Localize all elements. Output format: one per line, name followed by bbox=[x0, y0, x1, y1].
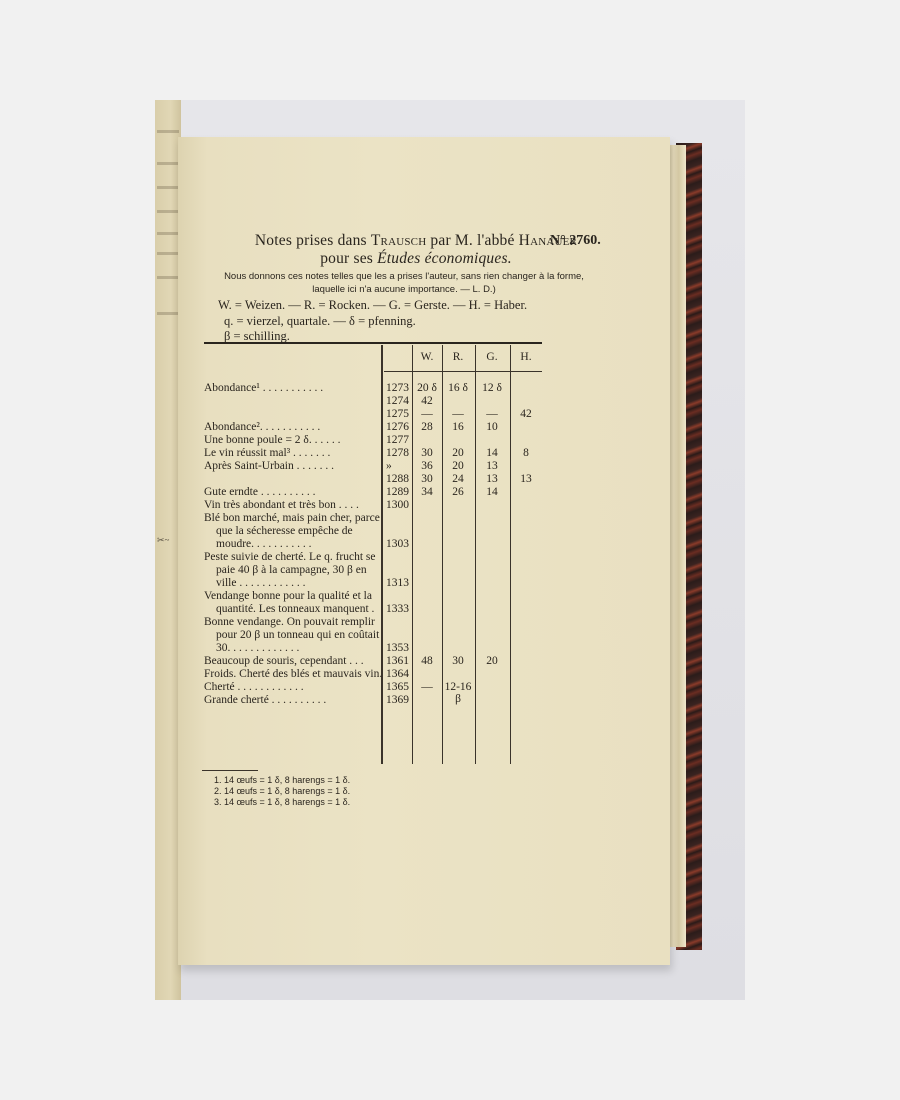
cell-R: — bbox=[441, 408, 475, 420]
cell-H: 13 bbox=[509, 473, 543, 485]
cell-R: 12-16 β bbox=[441, 681, 475, 705]
cell-G: 13 bbox=[475, 460, 509, 472]
footnote: 2. 14 œufs = 1 δ, 8 harengs = 1 δ. bbox=[214, 786, 350, 796]
row-description: Cherté . . . . . . . . . . . . bbox=[204, 681, 304, 694]
cell-R: 24 bbox=[441, 473, 475, 485]
column-header-2: G. bbox=[477, 351, 507, 363]
footnote-rule bbox=[202, 770, 258, 771]
row-description: Abondance². . . . . . . . . . . bbox=[204, 421, 320, 434]
cell-W: — bbox=[410, 408, 444, 420]
note-line: Nous donnons ces notes telles que les a … bbox=[204, 270, 604, 283]
facing-page-text bbox=[157, 162, 179, 165]
margin-mark: ✂~ bbox=[157, 535, 169, 546]
footnote: 1. 14 œufs = 1 δ, 8 harengs = 1 δ. bbox=[214, 775, 350, 785]
row-description: Blé bon marché, mais pain cher, parce bbox=[204, 512, 380, 525]
legend-line: W. = Weizen. — R. = Rocken. — G. = Gerst… bbox=[218, 298, 527, 314]
legend-line: q. = vierzel, quartale. — δ = pfenning. bbox=[218, 314, 527, 330]
cell-R: 30 bbox=[441, 655, 475, 667]
cell-W: 20 δ bbox=[410, 382, 444, 394]
title-text: Notes prises dans bbox=[255, 232, 371, 249]
row-year: 1333 bbox=[386, 603, 416, 615]
column-header-3: H. bbox=[511, 351, 541, 363]
row-description: Vendange bonne pour la qualité et la bbox=[204, 590, 372, 603]
cell-G: 12 δ bbox=[475, 382, 509, 394]
row-description: Beaucoup de souris, cependant . . . bbox=[204, 655, 364, 668]
column-rule bbox=[381, 345, 382, 764]
row-description: Bonne vendange. On pouvait remplir bbox=[204, 616, 375, 629]
facing-page-text bbox=[157, 210, 179, 213]
cell-R: 20 bbox=[441, 447, 475, 459]
cell-W: 30 bbox=[410, 447, 444, 459]
title-text: pour ses bbox=[320, 250, 377, 267]
facing-page-text bbox=[157, 312, 179, 315]
row-description: que la sécheresse empêche de bbox=[204, 525, 353, 538]
document-page: Notes prises dans Trausch par M. l'abbé … bbox=[178, 137, 670, 965]
cell-G: 20 bbox=[475, 655, 509, 667]
header-underline bbox=[384, 371, 542, 372]
title-text: par M. l'abbé bbox=[426, 232, 518, 249]
facing-page-text bbox=[157, 186, 179, 189]
cell-R: 20 bbox=[441, 460, 475, 472]
editorial-note: Nous donnons ces notes telles que les a … bbox=[204, 270, 604, 296]
abbreviation-legend: W. = Weizen. — R. = Rocken. — G. = Gerst… bbox=[218, 298, 527, 345]
header-rule bbox=[204, 342, 542, 344]
row-description: pour 20 β un tonneau qui en coûtait bbox=[204, 629, 379, 642]
cell-W: — bbox=[410, 681, 444, 693]
cell-W: 28 bbox=[410, 421, 444, 433]
cell-W: 42 bbox=[410, 395, 444, 407]
row-description: Après Saint-Urbain . . . . . . . bbox=[204, 460, 334, 473]
row-year: 1277 bbox=[386, 434, 416, 446]
cell-H: 8 bbox=[509, 447, 543, 459]
facing-page-text bbox=[157, 276, 179, 279]
cell-W: 30 bbox=[410, 473, 444, 485]
cell-G: 14 bbox=[475, 447, 509, 459]
document-number: N° 2760. bbox=[550, 233, 601, 249]
row-description: quantité. Les tonneaux manquent . bbox=[204, 603, 374, 616]
page-block-edge bbox=[668, 145, 686, 947]
row-description: Froids. Cherté des blés et mauvais vin. bbox=[204, 668, 382, 681]
row-description: Peste suivie de cherté. Le q. frucht se bbox=[204, 551, 375, 564]
row-description: Le vin réussit mal³ . . . . . . . bbox=[204, 447, 330, 460]
row-year: 1353 bbox=[386, 642, 416, 654]
column-header-0: W. bbox=[412, 351, 442, 363]
title-author: Trausch bbox=[371, 232, 427, 249]
row-description: Vin très abondant et très bon . . . . bbox=[204, 499, 359, 512]
row-year: 1369 bbox=[386, 694, 416, 706]
footnote: 3. 14 œufs = 1 δ, 8 harengs = 1 δ. bbox=[214, 797, 350, 807]
row-description: Grande cherté . . . . . . . . . . bbox=[204, 694, 326, 707]
row-description: Une bonne poule = 2 δ. . . . . . bbox=[204, 434, 340, 447]
cell-R: 26 bbox=[441, 486, 475, 498]
facing-page-text bbox=[157, 232, 179, 235]
cell-W: 36 bbox=[410, 460, 444, 472]
title-italic: Études économiques. bbox=[377, 250, 512, 267]
facing-page-text bbox=[157, 130, 179, 133]
row-year: 1300 bbox=[386, 499, 416, 511]
row-description: moudre. . . . . . . . . . . bbox=[204, 538, 312, 551]
row-year: 1303 bbox=[386, 538, 416, 550]
column-rule bbox=[382, 345, 383, 764]
cell-W: 48 bbox=[410, 655, 444, 667]
cell-G: 14 bbox=[475, 486, 509, 498]
cell-W: 34 bbox=[410, 486, 444, 498]
cell-G: 10 bbox=[475, 421, 509, 433]
cell-R: 16 bbox=[441, 421, 475, 433]
row-description: Gute erndte . . . . . . . . . . bbox=[204, 486, 315, 499]
cell-G: — bbox=[475, 408, 509, 420]
row-description: Abondance¹ . . . . . . . . . . . bbox=[204, 382, 323, 395]
row-year: 1364 bbox=[386, 668, 416, 680]
note-line: laquelle ici n'a aucune importance. — L.… bbox=[204, 283, 604, 296]
cell-R: 16 δ bbox=[441, 382, 475, 394]
cell-H: 42 bbox=[509, 408, 543, 420]
row-description: ville . . . . . . . . . . . . bbox=[204, 577, 305, 590]
row-description: paie 40 β à la campagne, 30 β en bbox=[204, 564, 367, 577]
row-year: 1313 bbox=[386, 577, 416, 589]
row-description: 30. . . . . . . . . . . . . bbox=[204, 642, 299, 655]
column-header-1: R. bbox=[443, 351, 473, 363]
cell-G: 13 bbox=[475, 473, 509, 485]
facing-page-text bbox=[157, 252, 179, 255]
